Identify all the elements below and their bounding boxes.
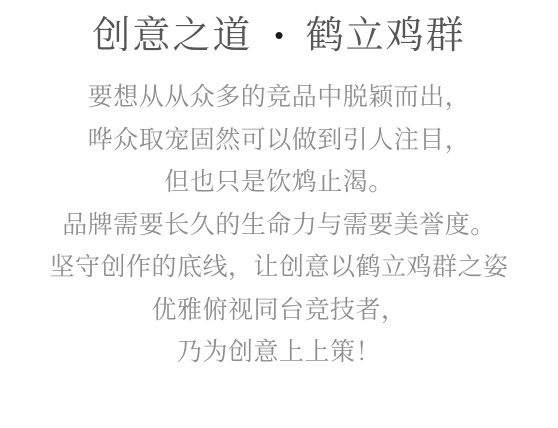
slide-canvas: 创意之道 • 鹤立鸡群 要想从从众多的竞品中脱颖而出， 哗众取宠固然可以做到引人… [0,0,558,428]
title-part-2: 鹤立鸡群 [306,13,466,57]
slide-title: 创意之道 • 鹤立鸡群 [0,0,558,58]
body-line-2: 哗众取宠固然可以做到引人注目， [0,119,558,162]
body-line-1: 要想从从众多的竞品中脱颖而出， [0,76,558,119]
body-line-6: 优雅俯视同台竞技者， [0,289,558,332]
body-line-7: 乃为创意上上策！ [0,331,558,374]
body-line-5: 坚守创作的底线，让创意以鹤立鸡群之姿 [0,246,558,289]
title-part-1: 创意之道 [92,13,252,57]
bullet-separator-icon: • [274,13,283,59]
body-line-4: 品牌需要长久的生命力与需要美誉度。 [0,204,558,247]
slide-body: 要想从从众多的竞品中脱颖而出， 哗众取宠固然可以做到引人注目， 但也只是饮鸩止渴… [0,76,558,374]
body-line-3: 但也只是饮鸩止渴。 [0,161,558,204]
